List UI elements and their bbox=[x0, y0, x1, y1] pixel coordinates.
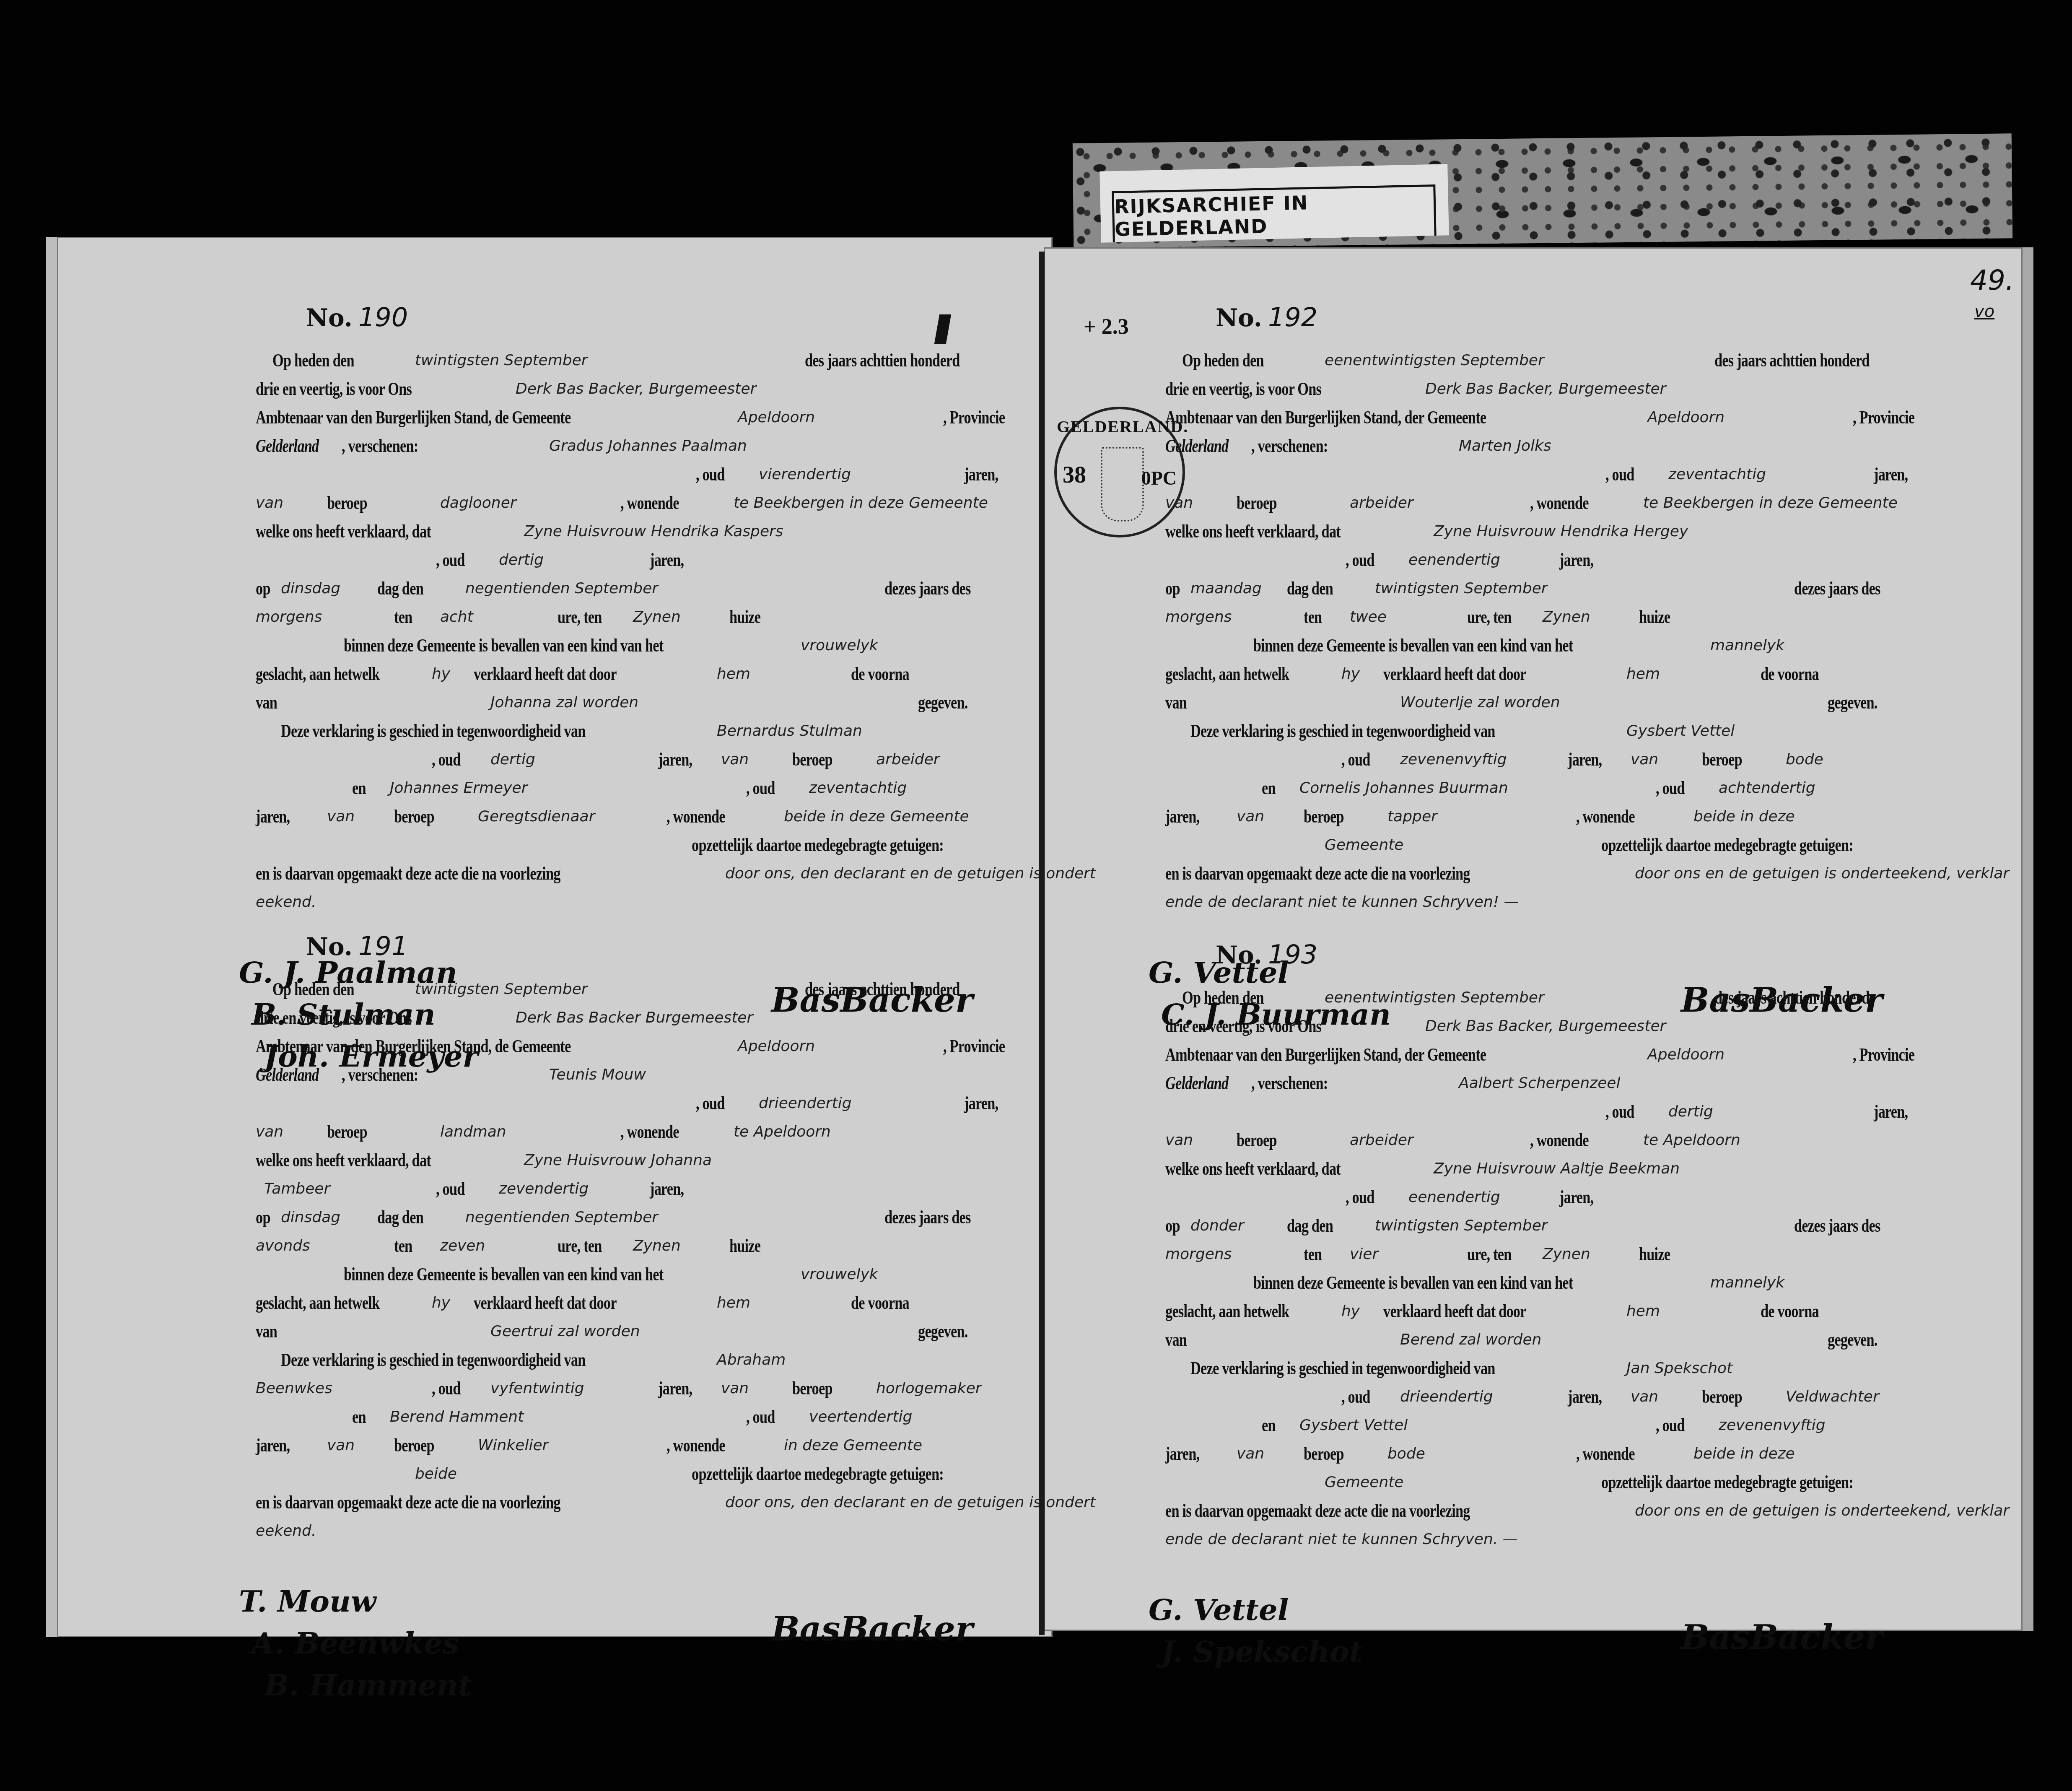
handwritten-entry: Gysbert Vettel bbox=[1299, 1413, 1408, 1438]
handwritten-entry: arbeider bbox=[1350, 491, 1413, 516]
printed-text: beroep bbox=[1237, 491, 1277, 516]
handwritten-entry: vrouwelyk bbox=[801, 1262, 878, 1287]
act-number-value: 191 bbox=[358, 931, 408, 961]
handwritten-entry: dertig bbox=[499, 548, 544, 573]
printed-text: Gelderland bbox=[1165, 433, 1228, 459]
printed-text: beroep bbox=[792, 747, 832, 772]
form-line: Gelderland, verschenen:Gradus Johannes P… bbox=[256, 433, 1128, 459]
handwritten-entry: Apeldoorn bbox=[738, 1034, 815, 1059]
printed-text: beroep bbox=[792, 1376, 832, 1401]
handwritten-entry: door ons en de getuigen is onderteekend,… bbox=[1635, 1498, 2009, 1524]
printed-text: jaren, bbox=[1165, 804, 1199, 829]
printed-text: , wonende bbox=[1530, 491, 1589, 516]
handwritten-entry: eenentwintigsten September bbox=[1325, 985, 1544, 1010]
handwritten-entry: van bbox=[1165, 491, 1193, 516]
handwritten-entry: Zyne Huisvrouw Hendrika Kaspers bbox=[524, 519, 783, 544]
form-line: Gelderland, verschenen:Marten Jolks bbox=[1165, 433, 2037, 459]
form-line: vanWouterlje zal wordengegeven. bbox=[1165, 690, 2037, 715]
printed-text: , wonende bbox=[620, 491, 679, 516]
clerk-signature: BasBacker bbox=[1681, 1617, 1883, 1657]
printed-text: en bbox=[1262, 776, 1276, 801]
printed-text: , Provincie bbox=[1853, 1042, 1914, 1067]
printed-text: en bbox=[352, 1404, 366, 1430]
printed-text: , verschenen: bbox=[342, 1062, 418, 1088]
printed-text: verklaard heeft dat door bbox=[474, 662, 617, 687]
handwritten-entry: landman bbox=[440, 1119, 506, 1145]
handwritten-entry: van bbox=[1631, 747, 1658, 772]
printed-text: jaren, bbox=[650, 1176, 684, 1202]
handwritten-entry: te Beekbergen in deze Gemeente bbox=[1643, 491, 1898, 516]
printed-text: geslacht, aan hetwelk bbox=[256, 1290, 379, 1316]
handwritten-entry: Berend zal worden bbox=[1400, 1327, 1541, 1352]
printed-text: Ambtenaar van den Burgerlijken Stand, de… bbox=[256, 1034, 571, 1059]
handwritten-entry: hy bbox=[1341, 662, 1360, 687]
form-line: geslacht, aan hetwelkhyverklaard heeft d… bbox=[256, 1290, 1128, 1316]
form-line: , ouddertigjaren, bbox=[1165, 1099, 2037, 1124]
handwritten-entry: negentienden September bbox=[465, 1205, 658, 1230]
printed-text: , oud bbox=[1656, 776, 1685, 801]
handwritten-entry: eenendertig bbox=[1408, 548, 1500, 573]
printed-text: , oud bbox=[436, 548, 465, 573]
printed-text: jaren, bbox=[650, 548, 684, 573]
form-line: morgenstenvierure, tenZynenhuize bbox=[1165, 1242, 2037, 1267]
printed-text: , oud bbox=[1656, 1413, 1685, 1438]
form-line: Deze verklaring is geschied in tegenwoor… bbox=[1165, 1356, 2037, 1381]
form-line: en is daarvan opgemaakt deze acte die na… bbox=[256, 861, 1128, 886]
handwritten-entry: veertendertig bbox=[809, 1404, 912, 1430]
form-line: welke ons heeft verklaard, datZyne Huisv… bbox=[256, 1148, 1128, 1173]
form-line: vanberoepdaglooner, wonendete Beekbergen… bbox=[256, 491, 1128, 516]
handwritten-entry: hy bbox=[432, 662, 450, 687]
form-line: vanBerend zal wordengegeven. bbox=[1165, 1327, 2037, 1352]
handwritten-entry: twintigsten September bbox=[415, 348, 588, 373]
handwritten-entry: vrouwelyk bbox=[801, 633, 878, 658]
printed-text: de voorna bbox=[851, 1290, 909, 1316]
handwritten-entry: van bbox=[1165, 1128, 1193, 1153]
printed-text: dezes jaars des bbox=[884, 576, 971, 601]
printed-text: jaren, bbox=[964, 462, 998, 487]
printed-text: , oud bbox=[746, 1404, 775, 1430]
handwritten-entry: zevenenvyftig bbox=[1400, 747, 1507, 772]
printed-text: , wonende bbox=[1530, 1128, 1589, 1153]
handwritten-entry: van bbox=[256, 491, 283, 516]
folio-sub: vo bbox=[1974, 302, 1994, 321]
form-line: ende de declarant niet te kunnen Schryve… bbox=[1165, 890, 2037, 915]
form-line: eekend. bbox=[256, 1518, 1128, 1544]
printed-text: Ambtenaar van den Burgerlijken Stand, de… bbox=[1165, 1042, 1486, 1067]
printed-text: , verschenen: bbox=[1251, 433, 1328, 459]
handwritten-entry: Winkelier bbox=[478, 1433, 548, 1458]
handwritten-entry: van bbox=[1237, 804, 1264, 829]
printed-text: , oud bbox=[1341, 1384, 1370, 1409]
printed-text: dezes jaars des bbox=[1794, 576, 1880, 601]
printed-text: Gelderland bbox=[1165, 1071, 1228, 1096]
act-number-value: 190 bbox=[358, 302, 408, 332]
form-line: binnen deze Gemeente is bevallen van een… bbox=[1165, 633, 2037, 658]
printed-text: binnen deze Gemeente is bevallen van een… bbox=[344, 1262, 663, 1287]
printed-text: huize bbox=[729, 605, 760, 630]
form-line: , oudzevenenvyftigjaren,vanberoepbode bbox=[1165, 747, 2037, 772]
printed-text: Deze verklaring is geschied in tegenwoor… bbox=[1190, 719, 1495, 744]
printed-text: beroep bbox=[1304, 1441, 1344, 1467]
form-line: vanberoeparbeider, wonendete Beekbergen … bbox=[1165, 491, 2037, 516]
printed-text: ure, ten bbox=[1467, 1242, 1512, 1267]
handwritten-entry: beide in deze bbox=[1693, 1441, 1795, 1467]
printed-text: en is daarvan opgemaakt deze acte die na… bbox=[256, 1490, 560, 1515]
handwritten-entry: Zyne Huisvrouw Hendrika Hergey bbox=[1434, 519, 1688, 544]
printed-text: huize bbox=[729, 1233, 760, 1259]
printed-text: gegeven. bbox=[918, 690, 968, 715]
handwritten-entry: door ons, den declarant en de getuigen i… bbox=[725, 1490, 1096, 1515]
handwritten-entry: dinsdag bbox=[281, 1205, 340, 1230]
form-line: , oudeenendertigjaren, bbox=[1165, 1185, 2037, 1210]
printed-text: jaren, bbox=[1874, 1099, 1908, 1124]
handwritten-entry: hem bbox=[1626, 1299, 1660, 1324]
form-line: , ouddertigjaren, bbox=[256, 548, 1128, 573]
printed-text: verklaard heeft dat door bbox=[474, 1290, 617, 1316]
form-line: Ambtenaar van den Burgerlijken Stand, de… bbox=[256, 405, 1128, 430]
form-line: jaren,vanberoepWinkelier, wonendein deze… bbox=[256, 1433, 1128, 1458]
form-line: Ambtenaar van den Burgerlijken Stand, de… bbox=[1165, 405, 2037, 430]
handwritten-entry: dertig bbox=[1668, 1099, 1713, 1124]
form-line: Op heden deneenentwintigsten Septemberde… bbox=[1165, 348, 2037, 373]
form-line: Gelderland, verschenen:Aalbert Scherpenz… bbox=[1165, 1071, 2037, 1096]
printed-text: beroep bbox=[327, 491, 367, 516]
printed-text: jaren, bbox=[1165, 1441, 1199, 1467]
handwritten-entry: twintigsten September bbox=[1375, 576, 1548, 601]
printed-text: ure, ten bbox=[1467, 605, 1512, 630]
handwritten-entry: morgens bbox=[256, 605, 322, 630]
printed-text: Gelderland bbox=[256, 1062, 319, 1088]
printed-text: jaren, bbox=[658, 747, 692, 772]
form-line: , oudzeventachtigjaren, bbox=[1165, 462, 2037, 487]
handwritten-entry: dinsdag bbox=[281, 576, 340, 601]
handwritten-entry: Gemeente bbox=[1325, 1470, 1404, 1495]
printed-text: jaren, bbox=[1559, 1185, 1593, 1210]
handwritten-entry: zeventachtig bbox=[1668, 462, 1766, 487]
printed-text: des jaars achttien honderd bbox=[1714, 985, 1870, 1010]
printed-text: des jaars achttien honderd bbox=[1714, 348, 1870, 373]
folio-number: 49. bbox=[1970, 264, 2014, 296]
printed-text: beroep bbox=[394, 804, 434, 829]
printed-text: Op heden den bbox=[1182, 348, 1264, 373]
printed-text: beroep bbox=[327, 1119, 367, 1145]
handwritten-entry: Zyne Huisvrouw Aaltje Beekman bbox=[1434, 1156, 1680, 1181]
act-number: No.193 bbox=[1216, 939, 1317, 970]
printed-text: jaren, bbox=[256, 804, 290, 829]
printed-text: drie en veertig, is voor Ons bbox=[1165, 376, 1321, 402]
printed-text: geslacht, aan hetwelk bbox=[1165, 662, 1289, 687]
printed-text: jaren, bbox=[256, 1433, 290, 1458]
printed-text: Op heden den bbox=[272, 348, 354, 373]
printed-text: drie en veertig, is voor Ons bbox=[1165, 1014, 1321, 1039]
form-line: geslacht, aan hetwelkhyverklaard heeft d… bbox=[1165, 1299, 2037, 1324]
printed-text: welke ons heeft verklaard, dat bbox=[256, 519, 431, 544]
form-line: Ambtenaar van den Burgerlijken Stand, de… bbox=[256, 1034, 1128, 1059]
printed-text: welke ons heeft verklaard, dat bbox=[256, 1148, 431, 1173]
printed-text: dezes jaars des bbox=[1794, 1213, 1880, 1238]
form-line bbox=[256, 1547, 1128, 1572]
printed-text: jaren, bbox=[964, 1091, 998, 1116]
printed-text: dag den bbox=[1287, 576, 1333, 601]
form-line: Tambeer, oudzevendertigjaren, bbox=[256, 1176, 1128, 1202]
handwritten-entry: eekend. bbox=[256, 1518, 316, 1544]
handwritten-entry: Cornelis Johannes Buurman bbox=[1299, 776, 1508, 801]
form-line: vanberoeparbeider, wonendete Apeldoorn bbox=[1165, 1128, 2037, 1153]
witness-signature: A. Beenwkes bbox=[252, 1626, 459, 1661]
handwritten-entry: Geregtsdienaar bbox=[478, 804, 595, 829]
handwritten-entry: mannelyk bbox=[1710, 1270, 1784, 1295]
handwritten-entry: Abraham bbox=[717, 1347, 786, 1373]
form-line: en is daarvan opgemaakt deze acte die na… bbox=[1165, 861, 2037, 886]
witness-signature: J. Spekschot bbox=[1161, 1634, 1363, 1669]
printed-text: , oud bbox=[696, 1091, 725, 1116]
printed-text: , oud bbox=[1605, 462, 1634, 487]
form-line: vanJohanna zal wordengegeven. bbox=[256, 690, 1128, 715]
printed-text: gegeven. bbox=[918, 1319, 968, 1344]
printed-text: beroep bbox=[1237, 1128, 1277, 1153]
handwritten-entry: van bbox=[327, 804, 355, 829]
printed-text: binnen deze Gemeente is bevallen van een… bbox=[344, 633, 663, 658]
handwritten-entry: van bbox=[256, 1119, 283, 1145]
form-line: Gelderland, verschenen:Teunis Mouw bbox=[256, 1062, 1128, 1088]
form-line: jaren,vanberoepGeregtsdienaar, wonendebe… bbox=[256, 804, 1128, 829]
printed-text: beroep bbox=[1304, 804, 1344, 829]
printed-text: drie en veertig, is voor Ons bbox=[256, 1005, 412, 1030]
printed-text: Ambtenaar van den Burgerlijken Stand, de… bbox=[256, 405, 571, 430]
handwritten-entry: hy bbox=[432, 1290, 450, 1316]
archive-label-frame: RIJKSARCHIEF IN GELDERLAND bbox=[1112, 184, 1436, 242]
printed-text: des jaars achttien honderd bbox=[805, 977, 960, 1002]
handwritten-entry: Zynen bbox=[633, 605, 681, 630]
handwritten-entry: ende de declarant niet te kunnen Schryve… bbox=[1165, 890, 1519, 915]
printed-text: dag den bbox=[1287, 1213, 1333, 1238]
clerk-signature: BasBacker bbox=[771, 1609, 973, 1648]
printed-text: huize bbox=[1639, 1242, 1670, 1267]
form-line: opzettelijk daartoe medegebragte getuige… bbox=[256, 833, 1128, 858]
form-line: Op heden deneenentwintigsten Septemberde… bbox=[1165, 985, 2037, 1010]
act-number-value: 192 bbox=[1268, 302, 1317, 332]
printed-text: op bbox=[256, 1205, 270, 1230]
form-line: Deze verklaring is geschied in tegenwoor… bbox=[256, 719, 1128, 744]
printed-text: jaren, bbox=[1874, 462, 1908, 487]
handwritten-entry: Johanna zal worden bbox=[490, 690, 638, 715]
printed-text: de voorna bbox=[851, 662, 909, 687]
printed-text: gegeven. bbox=[1828, 690, 1878, 715]
witness-signature: B. Hamment bbox=[264, 1668, 472, 1703]
printed-text: geslacht, aan hetwelk bbox=[256, 662, 379, 687]
handwritten-entry: Geertrui zal worden bbox=[490, 1319, 640, 1344]
handwritten-entry: Gemeente bbox=[1325, 833, 1404, 858]
form-line: geslacht, aan hetwelkhyverklaard heeft d… bbox=[256, 662, 1128, 687]
printed-text: beroep bbox=[394, 1433, 434, 1458]
form-line: avondstenzevenure, tenZynenhuize bbox=[256, 1233, 1128, 1259]
form-line: enBerend Hamment, oudveertendertig bbox=[256, 1404, 1128, 1430]
form-line: Op heden dentwintigsten Septemberdes jaa… bbox=[256, 348, 1128, 373]
printed-text: opzettelijk daartoe medegebragte getuige… bbox=[692, 1461, 944, 1487]
handwritten-entry: zevenenvyftig bbox=[1719, 1413, 1826, 1438]
printed-text: opzettelijk daartoe medegebragte getuige… bbox=[1601, 833, 1853, 858]
handwritten-entry: dertig bbox=[490, 747, 535, 772]
printed-text: , oud bbox=[436, 1176, 465, 1202]
handwritten-entry: Aalbert Scherpenzeel bbox=[1459, 1071, 1620, 1096]
form-line: Gemeenteopzettelijk daartoe medegebragte… bbox=[1165, 833, 2037, 858]
handwritten-entry: beide in deze Gemeente bbox=[784, 804, 969, 829]
handwritten-entry: eekend. bbox=[256, 890, 316, 915]
printed-text: , oud bbox=[696, 462, 725, 487]
printed-text: verklaard heeft dat door bbox=[1383, 1299, 1526, 1324]
handwritten-entry: negentienden September bbox=[465, 576, 658, 601]
printed-text: , verschenen: bbox=[342, 433, 418, 459]
handwritten-entry: Derk Bas Backer Burgemeester bbox=[516, 1005, 753, 1030]
form-line: Beenwkes, oudvyfentwintigjaren,vanberoep… bbox=[256, 1376, 1128, 1401]
printed-text: dag den bbox=[377, 1205, 423, 1230]
form-line: welke ons heeft verklaard, datZyne Huisv… bbox=[1165, 1156, 2037, 1181]
printed-text: de voorna bbox=[1761, 662, 1819, 687]
printed-text: opzettelijk daartoe medegebragte getuige… bbox=[1601, 1470, 1853, 1495]
printed-text: , wonende bbox=[1576, 1441, 1635, 1467]
printed-text: , oud bbox=[1346, 1185, 1374, 1210]
printed-text: beroep bbox=[1702, 747, 1742, 772]
form-line: drie en veertig, is voor OnsDerk Bas Bac… bbox=[1165, 1014, 2037, 1039]
printed-text: drie en veertig, is voor Ons bbox=[256, 376, 412, 402]
handwritten-entry: te Beekbergen in deze Gemeente bbox=[734, 491, 988, 516]
handwritten-entry: drieendertig bbox=[759, 1091, 852, 1116]
printed-text: op bbox=[1165, 1213, 1180, 1238]
handwritten-entry: bode bbox=[1387, 1441, 1425, 1467]
handwritten-entry: door ons en de getuigen is onderteekend,… bbox=[1635, 861, 2009, 886]
handwritten-entry: in deze Gemeente bbox=[784, 1433, 922, 1458]
form-line: geslacht, aan hetwelkhyverklaard heeft d… bbox=[1165, 662, 2037, 687]
printed-text: Ambtenaar van den Burgerlijken Stand, de… bbox=[1165, 405, 1486, 430]
handwritten-entry: van bbox=[1631, 1384, 1658, 1409]
handwritten-entry: van bbox=[1237, 1441, 1264, 1467]
printed-text: binnen deze Gemeente is bevallen van een… bbox=[1253, 1270, 1573, 1295]
printed-text: , oud bbox=[1341, 747, 1370, 772]
handwritten-entry: morgens bbox=[1165, 1242, 1232, 1267]
printed-text: Deze verklaring is geschied in tegenwoor… bbox=[281, 719, 586, 744]
handwritten-entry: Beenwkes bbox=[256, 1376, 332, 1401]
printed-text: Op heden den bbox=[1182, 985, 1264, 1010]
printed-text: de voorna bbox=[1761, 1299, 1819, 1324]
printed-text: , oud bbox=[746, 776, 775, 801]
handwritten-entry: Derk Bas Backer, Burgemeester bbox=[1425, 1014, 1666, 1039]
handwritten-entry: hem bbox=[1626, 662, 1660, 687]
handwritten-entry: Zyne Huisvrouw Johanna bbox=[524, 1148, 712, 1173]
handwritten-entry: Jan Spekschot bbox=[1626, 1356, 1732, 1381]
printed-text: , wonende bbox=[620, 1119, 679, 1145]
printed-text: van bbox=[1165, 690, 1187, 715]
archive-label: RIJKSARCHIEF IN GELDERLAND bbox=[1100, 164, 1449, 242]
printed-text: en is daarvan opgemaakt deze acte die na… bbox=[256, 861, 560, 886]
form-line: morgenstenachture, tenZynenhuize bbox=[256, 605, 1128, 630]
form-line: enJohannes Ermeyer, oudzeventachtig bbox=[256, 776, 1128, 801]
form-line: vanGeertrui zal wordengegeven. bbox=[256, 1319, 1128, 1344]
handwritten-entry: van bbox=[721, 747, 749, 772]
form-line: ende de declarant niet te kunnen Schryve… bbox=[1165, 1527, 2037, 1552]
printed-text: dag den bbox=[377, 576, 423, 601]
printed-text: des jaars achttien honderd bbox=[805, 348, 960, 373]
printed-text: , oud bbox=[432, 1376, 461, 1401]
handwritten-entry: Wouterlje zal worden bbox=[1400, 690, 1560, 715]
printed-text: , wonende bbox=[1576, 804, 1635, 829]
handwritten-entry: Teunis Mouw bbox=[549, 1062, 646, 1088]
form-line: jaren,vanberoepbode, wonendebeide in dez… bbox=[1165, 1441, 2037, 1467]
printed-text: jaren, bbox=[658, 1376, 692, 1401]
form-line: , oudvierendertigjaren, bbox=[256, 462, 1128, 487]
printed-text: binnen deze Gemeente is bevallen van een… bbox=[1253, 633, 1573, 658]
printed-text: , oud bbox=[432, 747, 461, 772]
form-line: binnen deze Gemeente is bevallen van een… bbox=[256, 1262, 1128, 1287]
form-line: enCornelis Johannes Buurman, oudachtende… bbox=[1165, 776, 2037, 801]
margin-mark: + 2.3 bbox=[1084, 314, 1129, 339]
handwritten-entry: te Apeldoorn bbox=[1643, 1128, 1740, 1153]
printed-text: , wonende bbox=[666, 1433, 725, 1458]
handwritten-entry: vierendertig bbox=[759, 462, 851, 487]
handwritten-entry: Zynen bbox=[633, 1233, 681, 1259]
witness-signature: G. Vettel bbox=[1149, 1592, 1289, 1627]
printed-text: en is daarvan opgemaakt deze acte die na… bbox=[1165, 1498, 1470, 1524]
handwritten-entry: Berend Hamment bbox=[390, 1404, 524, 1430]
handwritten-entry: Apeldoorn bbox=[1647, 1042, 1725, 1067]
printed-text: welke ons heeft verklaard, dat bbox=[1165, 519, 1341, 544]
archive-label-text: RIJKSARCHIEF IN GELDERLAND bbox=[1114, 189, 1434, 241]
handwritten-entry: tapper bbox=[1387, 804, 1437, 829]
handwritten-entry: beide in deze bbox=[1693, 804, 1795, 829]
printed-text: van bbox=[256, 690, 277, 715]
handwritten-entry: Veldwachter bbox=[1786, 1384, 1879, 1409]
printed-text: ure, ten bbox=[558, 605, 602, 630]
printed-text: opzettelijk daartoe medegebragte getuige… bbox=[692, 833, 944, 858]
printed-text: Deze verklaring is geschied in tegenwoor… bbox=[1190, 1356, 1495, 1381]
handwritten-entry: hem bbox=[717, 1290, 750, 1316]
form-line: drie en veertig, is voor OnsDerk Bas Bac… bbox=[1165, 376, 2037, 402]
handwritten-entry: te Apeldoorn bbox=[734, 1119, 831, 1145]
form-line: Op heden dentwintigsten Septemberdes jaa… bbox=[256, 977, 1128, 1002]
handwritten-entry: twee bbox=[1350, 605, 1387, 630]
form-line: welke ons heeft verklaard, datZyne Huisv… bbox=[1165, 519, 2037, 544]
handwritten-entry: Derk Bas Backer, Burgemeester bbox=[516, 376, 756, 402]
form-line: , ouddrieendertigjaren, bbox=[256, 1091, 1128, 1116]
form-line: Deze verklaring is geschied in tegenwoor… bbox=[256, 1347, 1128, 1373]
printed-text: jaren, bbox=[1568, 1384, 1602, 1409]
form-line: en is daarvan opgemaakt deze acte die na… bbox=[256, 1490, 1128, 1515]
handwritten-entry: beide bbox=[415, 1461, 457, 1487]
handwritten-entry: Gradus Johannes Paalman bbox=[549, 433, 747, 459]
handwritten-entry: zeven bbox=[440, 1233, 485, 1259]
act-number-value: 193 bbox=[1268, 939, 1317, 970]
handwritten-entry: arbeider bbox=[876, 747, 940, 772]
handwritten-entry: maandag bbox=[1190, 576, 1262, 601]
printed-text: , wonende bbox=[666, 804, 725, 829]
printed-text: jaren, bbox=[1559, 548, 1593, 573]
printed-text: Deze verklaring is geschied in tegenwoor… bbox=[281, 1347, 586, 1373]
form-line: eekend. bbox=[256, 890, 1128, 915]
handwritten-entry: bode bbox=[1786, 747, 1823, 772]
printed-text: beroep bbox=[1702, 1384, 1742, 1409]
handwritten-entry: door ons, den declarant en de getuigen i… bbox=[725, 861, 1096, 886]
handwritten-entry: horlogemaker bbox=[876, 1376, 982, 1401]
printed-text: geslacht, aan hetwelk bbox=[1165, 1299, 1289, 1324]
form-line: binnen deze Gemeente is bevallen van een… bbox=[256, 633, 1128, 658]
form-line: opdonderdag dentwintigsten Septemberdeze… bbox=[1165, 1213, 2037, 1238]
printed-text: en bbox=[1262, 1413, 1276, 1438]
printed-text: jaren, bbox=[1568, 747, 1602, 772]
act-number: No.191 bbox=[306, 931, 408, 961]
printed-text: welke ons heeft verklaard, dat bbox=[1165, 1156, 1341, 1181]
handwritten-entry: Zynen bbox=[1543, 605, 1590, 630]
form-line: enGysbert Vettel, oudzevenenvyftig bbox=[1165, 1413, 2037, 1438]
